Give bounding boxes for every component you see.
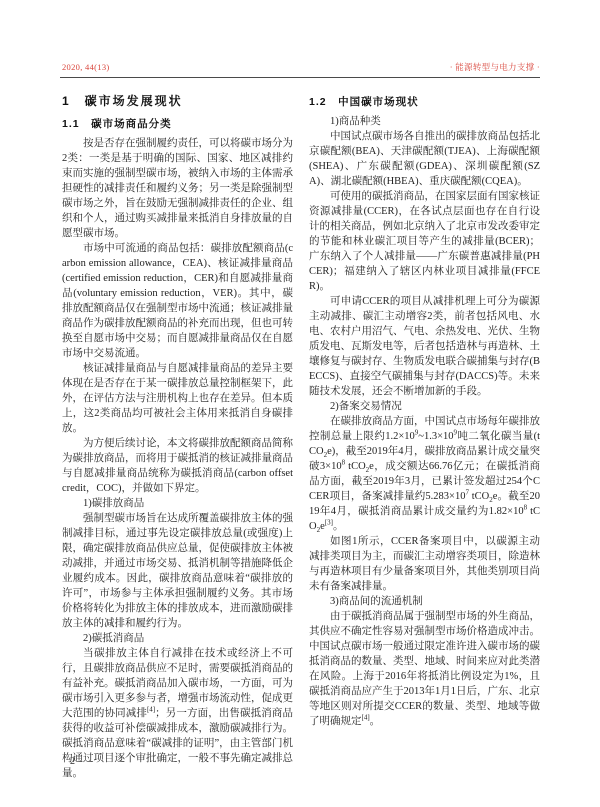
paragraph: 强制型碳市场旨在达成所覆盖碳排放主体的强制减排目标，通过事先设定碳排放总量(或强… [62, 511, 293, 631]
paragraph: 可申请CCER的项目从减排机理上可分为碳源主动减排、碳汇主动增容2类，前者包括风… [309, 294, 540, 399]
paragraph: 核证减排量商品与自愿减排量商品的差异主要体现在是否存在于某一碳排放总量控制框架下… [62, 361, 293, 436]
paragraph: 按是否存在强制履约责任，可以将碳市场分为2类：一类是基于明确的国际、国家、地区减… [62, 136, 293, 241]
left-column: 1 碳市场发展现状 1.1 碳市场商品分类 按是否存在强制履约责任，可以将碳市场… [62, 90, 293, 781]
page-footer: 2 [70, 756, 75, 767]
paragraph: 可使用的碳抵消商品，在国家层面有国家核证资源减排量(CCER)，在各试点层面也存… [309, 189, 540, 294]
paragraph: 中国试点碳市场各自推出的碳排放商品包括北京碳配额(BEA)、天津碳配额(TJEA… [309, 129, 540, 189]
section-heading-1: 1 碳市场发展现状 [62, 92, 293, 109]
paragraph: 在碳排放商品方面，中国试点市场每年碳排放控制总量上限约1.2×109~1.3×1… [309, 414, 540, 534]
running-title: · 能源转型与电力支撑 · [450, 61, 540, 73]
paragraph: 市场中可流通的商品包括：碳排放配额商品(carbon emission allo… [62, 241, 293, 361]
subsection-heading-1-1: 1.1 碳市场商品分类 [62, 116, 293, 131]
paragraph: 当碳排放主体自行减排在技术或经济上不可行，且碳排放商品供应不足时，需要碳抵消商品… [62, 646, 293, 781]
header-rule [60, 77, 540, 78]
list-item-heading: 3)商品间的流通机制 [309, 594, 540, 609]
article-body: 1 碳市场发展现状 1.1 碳市场商品分类 按是否存在强制履约责任，可以将碳市场… [62, 90, 540, 781]
journal-page: 2020, 44(13) · 能源转型与电力支撑 · 1 碳市场发展现状 1.1… [0, 0, 600, 807]
paragraph: 如图1所示，CCER备案项目中，以碳源主动减排类项目为主，而碳汇主动增容类项目，… [309, 534, 540, 594]
right-column: 1.2 中国碳市场现状 1)商品种类 中国试点碳市场各自推出的碳排放商品包括北京… [309, 90, 540, 781]
subsection-heading-1-2: 1.2 中国碳市场现状 [309, 94, 540, 109]
paragraph: 为方便后续讨论，本文将碳排放配额商品简称为碳排放商品，而将用于碳抵消的核证减排量… [62, 436, 293, 496]
list-item-heading: 1)商品种类 [309, 114, 540, 129]
paragraph: 由于碳抵消商品属于强制型市场的外生商品，其供应不确定性容易对强制型市场价格造成冲… [309, 609, 540, 729]
list-item-heading: 2)碳抵消商品 [62, 631, 293, 646]
list-item-heading: 1)碳排放商品 [62, 496, 293, 511]
page-number: 2 [70, 756, 75, 767]
journal-issue: 2020, 44(13) [62, 62, 110, 72]
list-item-heading: 2)备案交易情况 [309, 399, 540, 414]
page-header: 2020, 44(13) · 能源转型与电力支撑 · [62, 61, 540, 73]
